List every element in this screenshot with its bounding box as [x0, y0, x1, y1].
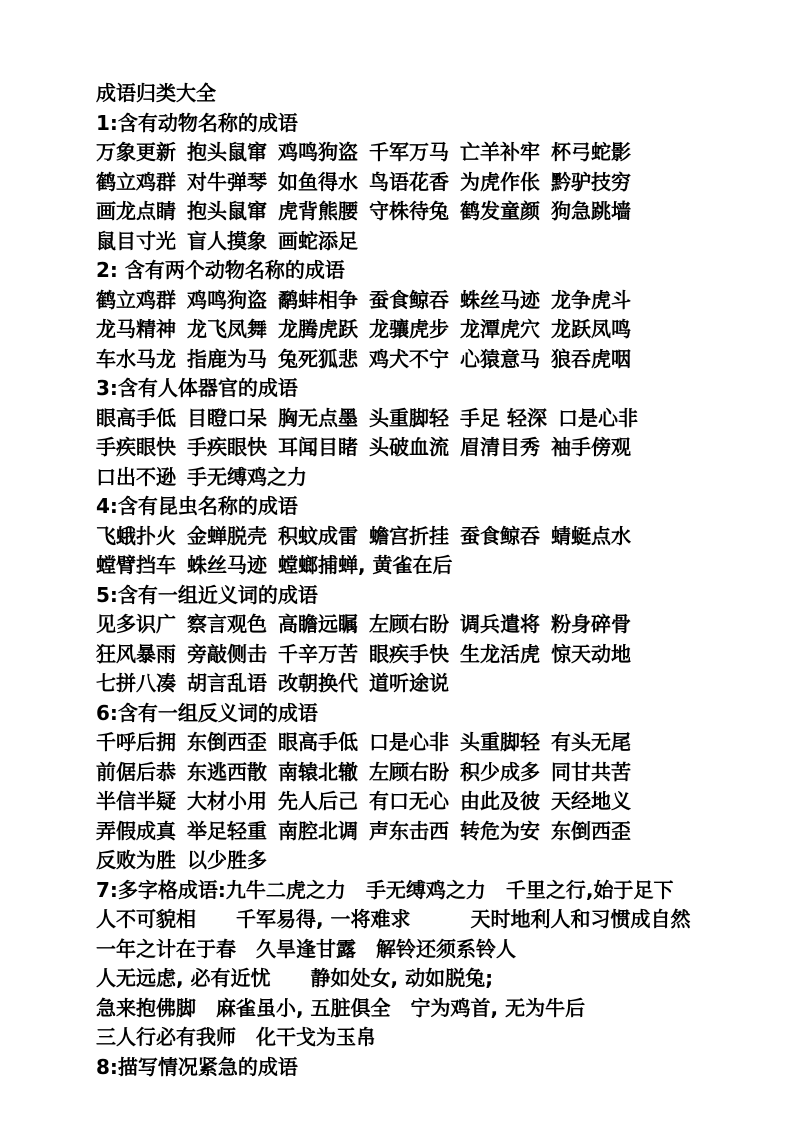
idiom: 反败为胜 — [96, 846, 176, 876]
idiom: 大材小用 — [187, 787, 267, 817]
idiom: 万象更新 — [96, 138, 176, 168]
idiom-row: 手疾眼快手疾眼快耳闻目睹头破血流眉清目秀袖手傍观 — [96, 433, 754, 463]
idiom: 蚕食鲸吞 — [460, 522, 540, 552]
idiom: 亡羊补牢 — [460, 138, 540, 168]
section-heading: 3:含有人体器官的成语 — [96, 374, 754, 404]
idiom: 狗急跳墙 — [551, 197, 631, 227]
idiom-row: 狂风暴雨旁敲侧击千辛万苦眼疾手快生龙活虎惊天动地 — [96, 640, 754, 670]
idiom: 鸡犬不宁 — [369, 345, 449, 375]
idiom: 粉身碎骨 — [551, 610, 631, 640]
idiom: 袖手傍观 — [551, 433, 631, 463]
idiom: 头重脚轻 — [369, 404, 449, 434]
idiom: 东倒西歪 — [551, 817, 631, 847]
idiom: 虎背熊腰 — [278, 197, 358, 227]
idiom: 有头无尾 — [551, 728, 631, 758]
idiom: 龙跃凤鸣 — [551, 315, 631, 345]
idiom: 举足轻重 — [187, 817, 267, 847]
idiom-row: 半信半疑大材小用先人后己有口无心由此及彼天经地义 — [96, 787, 754, 817]
idiom-row: 画龙点睛抱头鼠窜虎背熊腰守株待兔鹤发童颜狗急跳墙 — [96, 197, 754, 227]
idiom: 积少成多 — [460, 758, 540, 788]
idiom: 狼吞虎咽 — [551, 345, 631, 375]
idiom: 千军万马 — [369, 138, 449, 168]
idiom: 眼疾手快 — [369, 640, 449, 670]
idiom: 龙潭虎穴 — [460, 315, 540, 345]
idiom: 千辛万苦 — [278, 640, 358, 670]
idiom: 调兵遣将 — [460, 610, 540, 640]
idiom-row: 万象更新抱头鼠窜鸡鸣狗盗千军万马亡羊补牢杯弓蛇影 — [96, 138, 754, 168]
idiom: 生龙活虎 — [460, 640, 540, 670]
idiom-row: 千呼后拥东倒西歪眼高手低口是心非头重脚轻有头无尾 — [96, 728, 754, 758]
text-line: 7:多字格成语:九牛二虎之力 手无缚鸡之力 千里之行,始于足下 — [96, 876, 754, 906]
idiom: 心猿意马 — [460, 345, 540, 375]
idiom: 螳螂捕蝉, 黄雀在后 — [278, 551, 453, 581]
idiom-row: 七拼八凑胡言乱语改朝换代道听途说 — [96, 669, 754, 699]
idiom: 东倒西歪 — [187, 728, 267, 758]
text-line: 人无远虑, 必有近忧 静如处女, 动如脱兔; — [96, 964, 754, 994]
idiom: 杯弓蛇影 — [551, 138, 631, 168]
idiom: 眉清目秀 — [460, 433, 540, 463]
idiom: 为虎作伥 — [460, 168, 540, 198]
idiom: 口是心非 — [558, 404, 638, 434]
idiom: 惊天动地 — [551, 640, 631, 670]
idiom: 手疾眼快 — [187, 433, 267, 463]
idiom: 鸟语花香 — [369, 168, 449, 198]
idiom: 龙马精神 — [96, 315, 176, 345]
idiom: 半信半疑 — [96, 787, 176, 817]
idiom: 以少胜多 — [187, 846, 267, 876]
idiom: 蟾宫折挂 — [369, 522, 449, 552]
idiom: 积蚊成雷 — [278, 522, 358, 552]
idiom: 口出不逊 — [96, 463, 176, 493]
idiom: 天经地义 — [551, 787, 631, 817]
idiom: 黔驴技穷 — [551, 168, 631, 198]
idiom: 蛛丝马迹 — [187, 551, 267, 581]
idiom: 飞蛾扑火 — [96, 522, 176, 552]
text-line: 三人行必有我师 化干戈为玉帛 — [96, 1023, 754, 1053]
idiom-row: 鹤立鸡群对牛弹琴如鱼得水鸟语花香为虎作伥黔驴技穷 — [96, 168, 754, 198]
idiom: 左顾右盼 — [369, 610, 449, 640]
idiom: 头重脚轻 — [460, 728, 540, 758]
idiom: 手足 轻深 — [460, 404, 547, 434]
idiom: 高瞻远瞩 — [278, 610, 358, 640]
idiom-row: 弄假成真举足轻重南腔北调声东击西转危为安东倒西歪 — [96, 817, 754, 847]
idiom: 旁敲侧击 — [187, 640, 267, 670]
idiom: 由此及彼 — [460, 787, 540, 817]
idiom: 龙腾虎跃 — [278, 315, 358, 345]
idiom: 东逃西散 — [187, 758, 267, 788]
idiom: 画蛇添足 — [278, 227, 358, 257]
idiom: 前倨后恭 — [96, 758, 176, 788]
idiom: 左顾右盼 — [369, 758, 449, 788]
idiom: 鸡鸣狗盗 — [187, 286, 267, 316]
idiom: 龙飞凤舞 — [187, 315, 267, 345]
idiom: 守株待兔 — [369, 197, 449, 227]
idiom: 蜻蜓点水 — [551, 522, 631, 552]
idiom: 眼高手低 — [278, 728, 358, 758]
idiom: 抱头鼠窜 — [187, 138, 267, 168]
idiom-row: 车水马龙指鹿为马兔死狐悲鸡犬不宁心猿意马狼吞虎咽 — [96, 345, 754, 375]
idiom-row: 螳臂挡车蛛丝马迹螳螂捕蝉, 黄雀在后 — [96, 551, 754, 581]
idiom-row: 鼠目寸光盲人摸象画蛇添足 — [96, 227, 754, 257]
idiom-row: 龙马精神龙飞凤舞龙腾虎跃龙骧虎步龙潭虎穴龙跃凤鸣 — [96, 315, 754, 345]
idiom: 胡言乱语 — [187, 669, 267, 699]
idiom: 头破血流 — [369, 433, 449, 463]
idiom: 七拼八凑 — [96, 669, 176, 699]
idiom: 同甘共苦 — [551, 758, 631, 788]
section-heading: 4:含有昆虫名称的成语 — [96, 492, 754, 522]
idiom: 改朝换代 — [278, 669, 358, 699]
idiom: 兔死狐悲 — [278, 345, 358, 375]
idiom: 道听途说 — [369, 669, 449, 699]
section-heading: 2: 含有两个动物名称的成语 — [96, 256, 754, 286]
idiom: 抱头鼠窜 — [187, 197, 267, 227]
section-heading: 8:描写情况紧急的成语 — [96, 1053, 754, 1083]
idiom-row: 口出不逊手无缚鸡之力 — [96, 463, 754, 493]
idiom: 鹤发童颜 — [460, 197, 540, 227]
idiom: 见多识广 — [96, 610, 176, 640]
section-heading: 6:含有一组反义词的成语 — [96, 699, 754, 729]
idiom: 转危为安 — [460, 817, 540, 847]
idiom: 龙骧虎步 — [369, 315, 449, 345]
idiom: 口是心非 — [369, 728, 449, 758]
idiom: 目瞪口呆 — [187, 404, 267, 434]
text-line: 一年之计在于春 久旱逢甘露 解铃还须系铃人 — [96, 935, 754, 965]
idiom: 弄假成真 — [96, 817, 176, 847]
document-title: 成语归类大全 — [96, 79, 754, 109]
idiom: 南腔北调 — [278, 817, 358, 847]
section-heading: 5:含有一组近义词的成语 — [96, 581, 754, 611]
section-heading: 1:含有动物名称的成语 — [96, 109, 754, 139]
idiom-row: 鹤立鸡群鸡鸣狗盗鹬蚌相争蚕食鲸吞蛛丝马迹龙争虎斗 — [96, 286, 754, 316]
idiom: 盲人摸象 — [187, 227, 267, 257]
idiom: 千呼后拥 — [96, 728, 176, 758]
idiom: 眼高手低 — [96, 404, 176, 434]
text-line: 人不可貌相 千军易得, 一将难求 天时地利人和习惯成自然 — [96, 905, 754, 935]
idiom: 蚕食鲸吞 — [369, 286, 449, 316]
idiom: 手疾眼快 — [96, 433, 176, 463]
idiom: 鹬蚌相争 — [278, 286, 358, 316]
idiom: 鸡鸣狗盗 — [278, 138, 358, 168]
idiom-row: 眼高手低目瞪口呆胸无点墨头重脚轻手足 轻深口是心非 — [96, 404, 754, 434]
idiom: 察言观色 — [187, 610, 267, 640]
idiom: 耳闻目睹 — [278, 433, 358, 463]
idiom: 声东击西 — [369, 817, 449, 847]
idiom-row: 反败为胜以少胜多 — [96, 846, 754, 876]
text-line: 急来抱佛脚 麻雀虽小, 五脏俱全 宁为鸡首, 无为牛后 — [96, 994, 754, 1024]
idiom: 胸无点墨 — [278, 404, 358, 434]
idiom: 对牛弹琴 — [187, 168, 267, 198]
idiom-row: 前倨后恭东逃西散南辕北辙左顾右盼积少成多同甘共苦 — [96, 758, 754, 788]
idiom: 南辕北辙 — [278, 758, 358, 788]
idiom: 指鹿为马 — [187, 345, 267, 375]
idiom-row: 飞蛾扑火金蝉脱壳积蚊成雷蟾宫折挂蚕食鲸吞蜻蜓点水 — [96, 522, 754, 552]
idiom: 螳臂挡车 — [96, 551, 176, 581]
idiom: 有口无心 — [369, 787, 449, 817]
idiom: 先人后己 — [278, 787, 358, 817]
idiom: 蛛丝马迹 — [460, 286, 540, 316]
idiom: 鹤立鸡群 — [96, 168, 176, 198]
idiom: 金蝉脱壳 — [187, 522, 267, 552]
document-body: 成语归类大全1:含有动物名称的成语万象更新抱头鼠窜鸡鸣狗盗千军万马亡羊补牢杯弓蛇… — [96, 79, 754, 1082]
idiom: 如鱼得水 — [278, 168, 358, 198]
document-page: 成语归类大全1:含有动物名称的成语万象更新抱头鼠窜鸡鸣狗盗千军万马亡羊补牢杯弓蛇… — [0, 0, 794, 1123]
idiom: 鹤立鸡群 — [96, 286, 176, 316]
idiom: 手无缚鸡之力 — [187, 463, 307, 493]
idiom: 狂风暴雨 — [96, 640, 176, 670]
idiom: 车水马龙 — [96, 345, 176, 375]
idiom: 鼠目寸光 — [96, 227, 176, 257]
idiom: 龙争虎斗 — [551, 286, 631, 316]
idiom: 画龙点睛 — [96, 197, 176, 227]
idiom-row: 见多识广察言观色高瞻远瞩左顾右盼调兵遣将粉身碎骨 — [96, 610, 754, 640]
